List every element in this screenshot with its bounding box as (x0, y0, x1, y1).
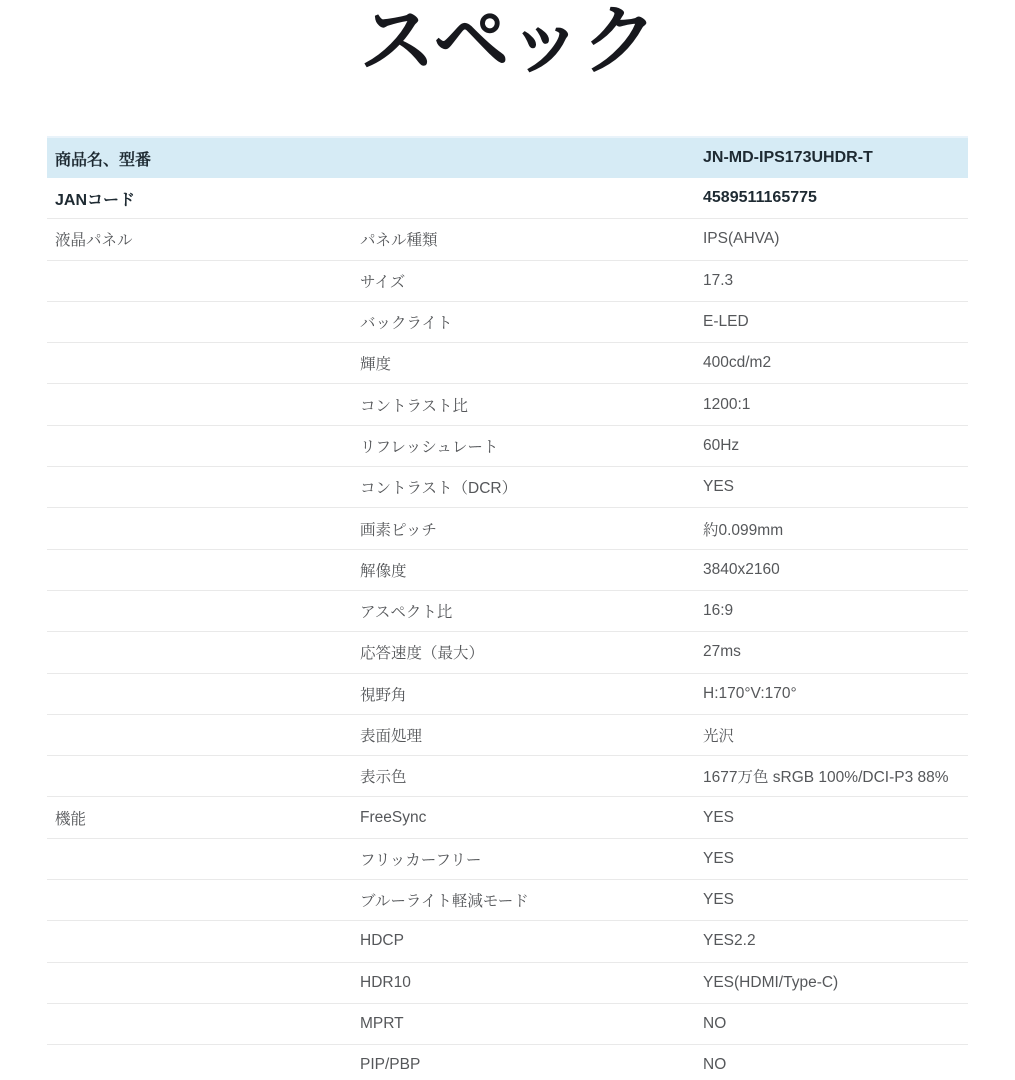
row-value: 17.3 (703, 272, 968, 290)
row-feature: 輝度 (360, 352, 703, 374)
table-row: JANコード4589511165775 (47, 178, 968, 219)
row-value: YES (703, 891, 968, 909)
row-value: E-LED (703, 313, 968, 331)
row-feature: パネル種類 (360, 228, 703, 250)
table-row: アスペクト比16:9 (47, 591, 968, 632)
product-name-label: 商品名、型番 (47, 147, 703, 170)
row-category: 液晶パネル (47, 228, 360, 250)
table-row: バックライトE-LED (47, 302, 968, 343)
row-value: YES (703, 809, 968, 827)
spec-table: 商品名、型番 JN-MD-IPS173UHDR-T JANコード45895111… (47, 136, 968, 1080)
row-feature: 表示色 (360, 765, 703, 787)
row-feature: サイズ (360, 270, 703, 292)
spec-table-header-row: 商品名、型番 JN-MD-IPS173UHDR-T (47, 136, 968, 178)
table-row: 解像度3840x2160 (47, 550, 968, 591)
row-value: 1200:1 (703, 396, 968, 414)
row-value: IPS(AHVA) (703, 230, 968, 248)
row-value: 400cd/m2 (703, 354, 968, 372)
table-row: リフレッシュレート60Hz (47, 426, 968, 467)
table-row: フリッカーフリーYES (47, 839, 968, 880)
row-value: NO (703, 1015, 968, 1033)
spec-table-body: JANコード4589511165775液晶パネルパネル種類IPS(AHVA)サイ… (47, 178, 968, 1080)
table-row: PIP/PBPNO (47, 1045, 968, 1080)
row-value: 3840x2160 (703, 561, 968, 579)
row-feature: バックライト (360, 311, 703, 333)
row-value: 4589511165775 (703, 189, 968, 207)
table-row: コントラスト（DCR）YES (47, 467, 968, 508)
row-feature: 応答速度（最大） (360, 641, 703, 663)
table-row: ブルーライト軽減モードYES (47, 880, 968, 921)
row-value: 約0.099mm (703, 518, 968, 540)
row-feature: 表面処理 (360, 724, 703, 746)
row-value: H:170°V:170° (703, 685, 968, 703)
row-category: JANコード (47, 187, 360, 210)
row-feature: 解像度 (360, 559, 703, 581)
row-category: 機能 (47, 807, 360, 829)
row-value: 光沢 (703, 724, 968, 746)
row-feature: フリッカーフリー (360, 848, 703, 870)
row-value: YES2.2 (703, 932, 968, 950)
table-row: 機能FreeSyncYES (47, 797, 968, 838)
row-feature: リフレッシュレート (360, 435, 703, 457)
row-feature: PIP/PBP (360, 1056, 703, 1074)
page-title: スペック (0, 0, 1015, 89)
table-row: HDCPYES2.2 (47, 921, 968, 962)
row-feature: コントラスト比 (360, 394, 703, 416)
row-feature: コントラスト（DCR） (360, 476, 703, 498)
table-row: HDR10YES(HDMI/Type-C) (47, 963, 968, 1004)
row-value: YES(HDMI/Type-C) (703, 974, 968, 992)
row-feature: 視野角 (360, 683, 703, 705)
table-row: サイズ17.3 (47, 261, 968, 302)
row-value: NO (703, 1056, 968, 1074)
row-value: 60Hz (703, 437, 968, 455)
table-row: 視野角H:170°V:170° (47, 674, 968, 715)
table-row: 輝度400cd/m2 (47, 343, 968, 384)
row-feature: 画素ピッチ (360, 518, 703, 540)
table-row: 画素ピッチ約0.099mm (47, 508, 968, 549)
row-value: YES (703, 850, 968, 868)
table-row: 液晶パネルパネル種類IPS(AHVA) (47, 219, 968, 260)
row-feature: FreeSync (360, 809, 703, 827)
table-row: コントラスト比1200:1 (47, 384, 968, 425)
row-feature: HDR10 (360, 974, 703, 992)
row-value: 27ms (703, 643, 968, 661)
row-feature: MPRT (360, 1015, 703, 1033)
table-row: 表示色1677万色 sRGB 100%/DCI-P3 88% (47, 756, 968, 797)
table-row: 表面処理光沢 (47, 715, 968, 756)
row-feature: HDCP (360, 932, 703, 950)
row-value: 16:9 (703, 602, 968, 620)
row-feature: ブルーライト軽減モード (360, 889, 703, 911)
row-value: YES (703, 478, 968, 496)
row-value: 1677万色 sRGB 100%/DCI-P3 88% (703, 765, 968, 787)
table-row: 応答速度（最大）27ms (47, 632, 968, 673)
row-feature: アスペクト比 (360, 600, 703, 622)
product-model-value: JN-MD-IPS173UHDR-T (703, 149, 968, 167)
table-row: MPRTNO (47, 1004, 968, 1045)
